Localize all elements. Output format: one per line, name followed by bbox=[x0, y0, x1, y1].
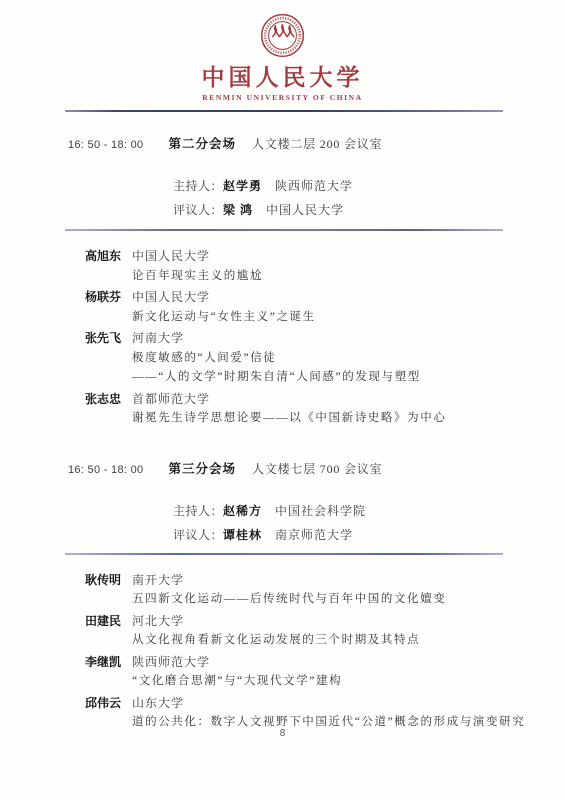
host-name: 赵学勇 bbox=[223, 179, 262, 193]
reviewer-label: 评议人： bbox=[173, 203, 223, 217]
paper-title: 五四新文化运动——后传统时代与百年中国的文化嬗变 bbox=[0, 590, 565, 610]
reviewer-affiliation: 中国人民大学 bbox=[266, 203, 344, 217]
paper-title: 极度敏感的“人间爱”信徒 bbox=[0, 349, 565, 369]
speaker-name: 耿传明 bbox=[85, 571, 132, 591]
speaker-name: 高旭东 bbox=[85, 247, 132, 267]
speaker-row: 张志忠首都师范大学 谢冕先生诗学思想论要——以《中国新诗史略》为中心 bbox=[0, 390, 565, 429]
session-time: 16: 50 - 18: 00 bbox=[68, 464, 143, 476]
speaker-affiliation: 中国人民大学 bbox=[132, 249, 210, 263]
session-title: 第二分会场 bbox=[168, 134, 236, 152]
reviewer-name: 谭桂林 bbox=[223, 528, 262, 542]
university-name-en: RENMIN UNIVERSITY OF CHINA bbox=[0, 93, 565, 102]
paper-title: 新文化运动与“女性主义”之诞生 bbox=[0, 308, 565, 328]
host-row: 主持人：赵稀方中国社会科学院 bbox=[173, 499, 565, 523]
reviewer-label: 评议人： bbox=[173, 528, 223, 542]
session-1-header: 16: 50 - 18: 00 第二分会场 人文楼二层 200 会议室 bbox=[0, 134, 565, 152]
speaker-affiliation: 河南大学 bbox=[132, 331, 184, 345]
page-number: 8 bbox=[0, 728, 565, 739]
paper-subtitle: ——“人的文学”时期朱自清“人间感”的发现与塑型 bbox=[0, 368, 565, 388]
host-row: 主持人：赵学勇陕西师范大学 bbox=[173, 174, 565, 198]
speaker-affiliation: 首都师范大学 bbox=[132, 392, 210, 406]
reviewer-affiliation: 南京师范大学 bbox=[275, 528, 353, 542]
reviewer-name: 梁 鸿 bbox=[223, 203, 253, 217]
university-logo: 中国人民大学 RENMIN UNIVERSITY OF CHINA bbox=[0, 0, 565, 102]
session-1-people: 主持人：赵学勇陕西师范大学 评议人：梁 鸿中国人民大学 bbox=[0, 174, 565, 222]
speaker-name: 田建民 bbox=[85, 612, 132, 632]
section-divider bbox=[65, 229, 503, 231]
speaker-name: 张志忠 bbox=[85, 390, 132, 410]
session-time: 16: 50 - 18: 00 bbox=[68, 139, 143, 151]
host-label: 主持人： bbox=[173, 179, 223, 193]
program-page: 中国人民大学 RENMIN UNIVERSITY OF CHINA 16: 50… bbox=[0, 0, 565, 800]
speaker-row: 杨联芬中国人民大学 新文化运动与“女性主义”之诞生 bbox=[0, 288, 565, 327]
speaker-row: 耿传明南开大学 五四新文化运动——后传统时代与百年中国的文化嬗变 bbox=[0, 571, 565, 610]
host-name: 赵稀方 bbox=[223, 504, 262, 518]
speaker-affiliation: 中国人民大学 bbox=[132, 290, 210, 304]
host-label: 主持人： bbox=[173, 504, 223, 518]
session-venue: 人文楼二层 200 会议室 bbox=[252, 135, 382, 152]
speaker-row: 高旭东中国人民大学 论百年现实主义的尴尬 bbox=[0, 247, 565, 286]
speaker-affiliation: 陕西师范大学 bbox=[132, 655, 210, 669]
host-affiliation: 中国社会科学院 bbox=[275, 504, 366, 518]
speaker-affiliation: 河北大学 bbox=[132, 614, 184, 628]
host-affiliation: 陕西师范大学 bbox=[275, 179, 353, 193]
session-2-people: 主持人：赵稀方中国社会科学院 评议人：谭桂林南京师范大学 bbox=[0, 499, 565, 547]
header-rule bbox=[65, 110, 503, 112]
paper-title: “文化磨合思潮”与“大现代文学”建构 bbox=[0, 672, 565, 692]
paper-title: 论百年现实主义的尴尬 bbox=[0, 267, 565, 287]
reviewer-row: 评议人：梁 鸿中国人民大学 bbox=[173, 198, 565, 222]
section-divider bbox=[65, 553, 503, 555]
speaker-affiliation: 山东大学 bbox=[132, 696, 184, 710]
reviewer-row: 评议人：谭桂林南京师范大学 bbox=[173, 523, 565, 547]
paper-title: 从文化视角看新文化运动发展的三个时期及其特点 bbox=[0, 631, 565, 651]
session-1-speakers: 高旭东中国人民大学 论百年现实主义的尴尬 杨联芬中国人民大学 新文化运动与“女性… bbox=[0, 247, 565, 429]
speaker-name: 杨联芬 bbox=[85, 288, 132, 308]
paper-title: 谢冕先生诗学思想论要——以《中国新诗史略》为中心 bbox=[0, 409, 565, 429]
speaker-name: 张先飞 bbox=[85, 329, 132, 349]
university-seal-icon bbox=[260, 13, 305, 58]
speaker-row: 田建民河北大学 从文化视角看新文化运动发展的三个时期及其特点 bbox=[0, 612, 565, 651]
session-2-header: 16: 50 - 18: 00 第三分会场 人文楼七层 700 会议室 bbox=[0, 459, 565, 477]
university-name-cn: 中国人民大学 bbox=[0, 59, 565, 92]
speaker-name: 邱伟云 bbox=[85, 694, 132, 714]
session-2-speakers: 耿传明南开大学 五四新文化运动——后传统时代与百年中国的文化嬗变 田建民河北大学… bbox=[0, 571, 565, 733]
session-venue: 人文楼七层 700 会议室 bbox=[252, 460, 382, 477]
speaker-row: 邱伟云山东大学 道的公共化：数字人文视野下中国近代“公道”概念的形成与演变研究 bbox=[0, 694, 565, 733]
speaker-row: 李继凯陕西师范大学 “文化磨合思潮”与“大现代文学”建构 bbox=[0, 653, 565, 692]
speaker-name: 李继凯 bbox=[85, 653, 132, 673]
session-title: 第三分会场 bbox=[168, 459, 236, 477]
speaker-row: 张先飞河南大学 极度敏感的“人间爱”信徒 ——“人的文学”时期朱自清“人间感”的… bbox=[0, 329, 565, 388]
speaker-affiliation: 南开大学 bbox=[132, 573, 184, 587]
